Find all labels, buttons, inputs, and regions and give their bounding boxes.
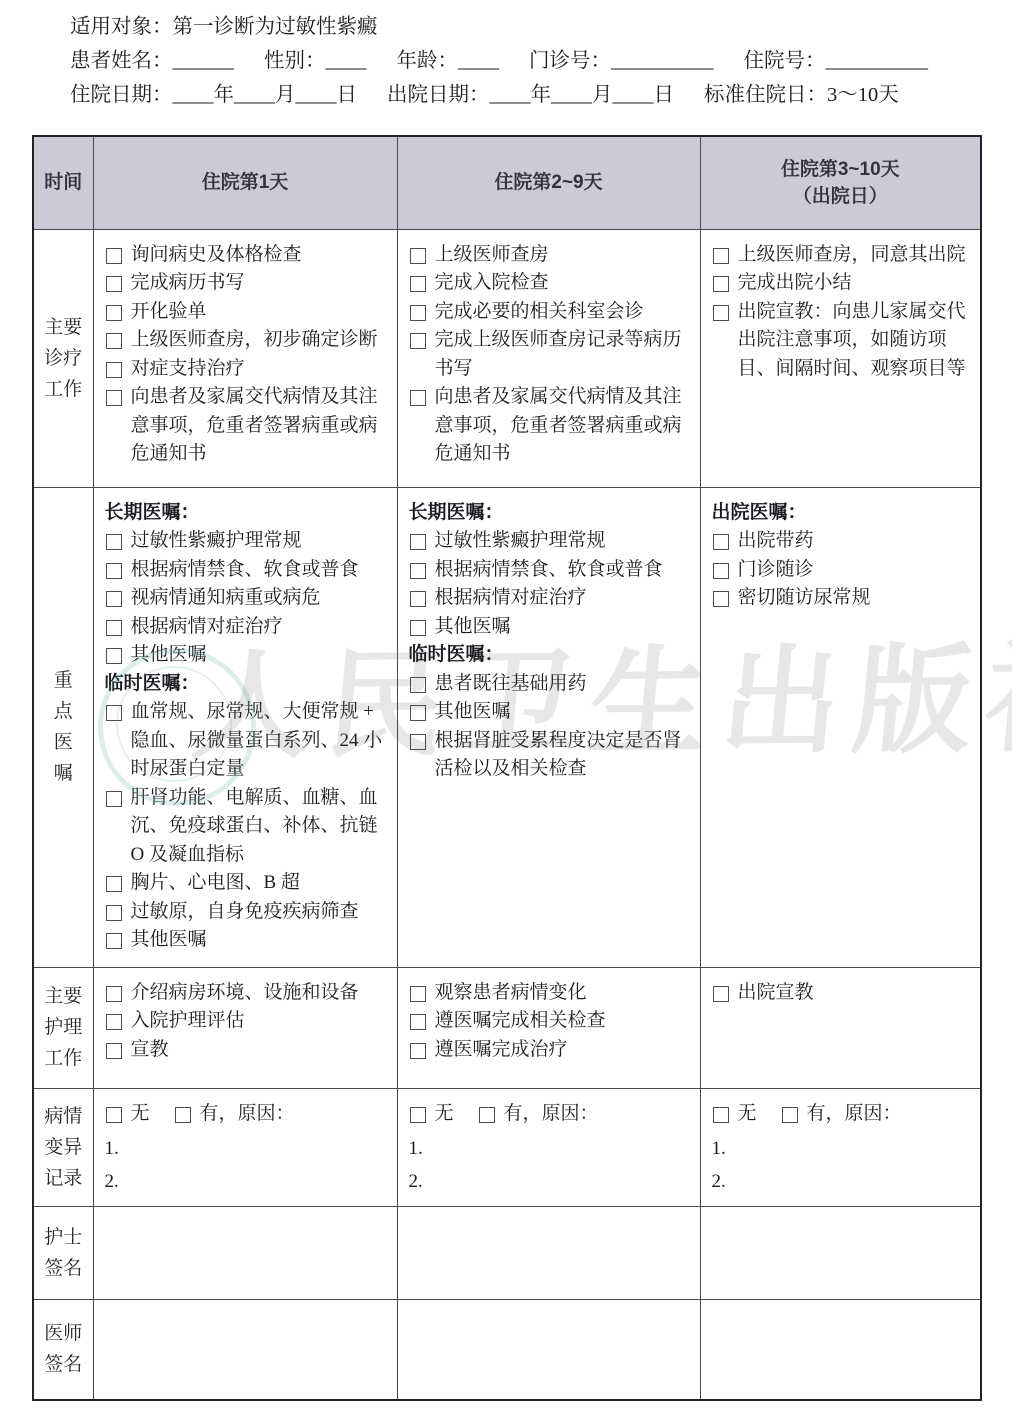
cell-doctor-sign-day1[interactable] (93, 1300, 397, 1400)
checkbox-icon[interactable] (106, 534, 122, 550)
checkbox-icon[interactable] (106, 905, 122, 921)
checklist-item-label: 询问病史及体格检查 (131, 241, 392, 270)
header-field: 出院日期：____年____月____日 (387, 84, 674, 106)
checklist-item-label: 出院宣教 (738, 979, 976, 1008)
label-line: 签名 (34, 1349, 93, 1380)
checkbox-icon[interactable] (106, 248, 122, 264)
checklist-item-label: 根据病情对症治疗 (435, 584, 695, 613)
text-line: 1. (712, 1132, 976, 1165)
checkbox-icon[interactable] (713, 1107, 729, 1123)
checklist-item-label: 出院带药 (738, 527, 976, 556)
cell-diagnosis-day2-9: 上级医师查房完成入院检查完成必要的相关科室会诊完成上级医师查房记录等病历书写向患… (397, 229, 700, 487)
checklist-item-label: 完成上级医师查房记录等病历书写 (435, 326, 695, 383)
header-field: 患者姓名：______ (70, 50, 234, 72)
checklist-item: 根据病情禁食、软食或普食 (105, 556, 392, 585)
checklist-item-label: 入院护理评估 (131, 1007, 392, 1036)
checkbox-icon[interactable] (106, 276, 122, 292)
table-row-nurse-signature: 护士签名 (33, 1207, 981, 1300)
checklist-item: 完成上级医师查房记录等病历书写 (409, 326, 695, 383)
checklist-item-label: 开化验单 (131, 298, 392, 327)
checklist-item: 过敏性紫癜护理常规 (105, 527, 392, 556)
checkbox-icon[interactable] (175, 1107, 191, 1123)
checklist-item: 出院宣教：向患儿家属交代出院注意事项，如随访项目、间隔时间、观察项目等 (712, 298, 976, 384)
checklist-item: 过敏原，自身免疫疾病筛查 (105, 898, 392, 927)
checkbox-icon[interactable] (106, 333, 122, 349)
checkbox-icon[interactable] (410, 563, 426, 579)
checklist-item-label: 门诊随诊 (738, 556, 976, 585)
label-line: 工作 (34, 1043, 93, 1074)
checklist-item: 有，原因： (781, 1100, 902, 1129)
label-line: 护理 (34, 1012, 93, 1043)
checklist-item-label: 胸片、心电图、B 超 (131, 869, 392, 898)
cell-variation-day1: 无有，原因：1.2. (93, 1088, 397, 1207)
checkbox-icon[interactable] (410, 248, 426, 264)
checklist-item: 门诊随诊 (712, 556, 976, 585)
checklist-item: 入院护理评估 (105, 1007, 392, 1036)
checklist-item: 视病情通知病重或病危 (105, 584, 392, 613)
checkbox-icon[interactable] (410, 1107, 426, 1123)
checklist-item-label: 观察患者病情变化 (435, 979, 695, 1008)
table-row-main-diagnosis-work: 主要诊疗工作 询问病史及体格检查完成病历书写开化验单上级医师查房，初步确定诊断对… (33, 229, 981, 487)
checkbox-icon[interactable] (713, 563, 729, 579)
checklist-item-label: 其他医嘱 (131, 641, 392, 670)
header-field: 门诊号：__________ (529, 50, 714, 72)
checklist-item: 肝肾功能、电解质、血糖、血沉、免疫球蛋白、补体、抗链 O 及凝血指标 (105, 784, 392, 870)
header-field: 年龄：____ (397, 50, 500, 72)
text-line: 2. (105, 1165, 392, 1198)
checklist-item-label: 其他医嘱 (131, 926, 392, 955)
checklist-item-label: 根据病情禁食、软食或普食 (131, 556, 392, 585)
checklist-item: 其他医嘱 (409, 698, 695, 727)
checkbox-icon[interactable] (106, 591, 122, 607)
checklist-item: 血常规、尿常规、大便常规 + 隐血、尿微量蛋白系列、24 小时尿蛋白定量 (105, 698, 392, 784)
checkbox-icon[interactable] (106, 933, 122, 949)
checkbox-icon[interactable] (410, 276, 426, 292)
cell-doctor-sign-day2-9[interactable] (397, 1300, 700, 1400)
text-line: 1. (409, 1132, 695, 1165)
checkbox-icon[interactable] (410, 986, 426, 1002)
checkbox-icon[interactable] (106, 305, 122, 321)
table-row-key-orders: 重点医嘱 长期医嘱：过敏性紫癜护理常规根据病情禁食、软食或普食视病情通知病重或病… (33, 487, 981, 967)
checkbox-icon[interactable] (410, 1043, 426, 1059)
checklist-item-label: 视病情通知病重或病危 (131, 584, 392, 613)
clinical-pathway-page: { "top": { "line1": "适用对象：第一诊断为过敏性紫癜", "… (0, 0, 1012, 1409)
checklist-item-label: 完成必要的相关科室会诊 (435, 298, 695, 327)
row-label-key-orders: 重点医嘱 (33, 487, 93, 967)
order-group-heading: 出院医嘱： (712, 499, 976, 528)
row-label-variation-record: 病情变异记录 (33, 1088, 93, 1207)
checklist-item-label: 遵医嘱完成相关检查 (435, 1007, 695, 1036)
checklist-item: 出院带药 (712, 527, 976, 556)
checkbox-icon[interactable] (410, 705, 426, 721)
label-line: 时间 (34, 169, 93, 196)
checklist-item: 介绍病房环境、设施和设备 (105, 979, 392, 1008)
cell-doctor-sign-day3-10[interactable] (700, 1300, 981, 1400)
checkbox-icon[interactable] (106, 986, 122, 1002)
checklist-item: 根据病情对症治疗 (409, 584, 695, 613)
header-cell-day2-9: 住院第2~9天 (397, 136, 700, 229)
label-line: 记录 (34, 1163, 93, 1194)
checklist-item-label: 根据肾脏受累程度决定是否肾活检以及相关检查 (435, 727, 695, 784)
checkbox-icon[interactable] (782, 1107, 798, 1123)
checkbox-icon[interactable] (106, 1043, 122, 1059)
checkbox-icon[interactable] (713, 276, 729, 292)
label-line: 主要 (34, 981, 93, 1012)
header-field: 标准住院日：3～10天 (704, 84, 899, 106)
applicable-target-line: 适用对象：第一诊断为过敏性紫癜 (70, 14, 982, 40)
row-label-doctor-signature: 医师签名 (33, 1300, 93, 1400)
label-line: 住院第3~10天 (701, 156, 981, 183)
checklist-item-label: 无 (131, 1100, 150, 1129)
checklist-item: 过敏性紫癜护理常规 (409, 527, 695, 556)
text-line: 1. (105, 1132, 392, 1165)
text-line: 2. (409, 1165, 695, 1198)
checkbox-icon[interactable] (713, 534, 729, 550)
table-row-variation-record: 病情变异记录 无有，原因：1.2. 无有，原因：1.2. 无有，原因：1.2. (33, 1088, 981, 1207)
label-line: 护士 (34, 1222, 93, 1253)
checklist-item: 宣教 (105, 1036, 392, 1065)
document-header: 适用对象：第一诊断为过敏性紫癜 患者姓名：______性别：____年龄：___… (0, 0, 1012, 108)
cell-diagnosis-day3-10: 上级医师查房，同意其出院完成出院小结出院宣教：向患儿家属交代出院注意事项，如随访… (700, 229, 981, 487)
row-label-main-diagnosis-work: 主要诊疗工作 (33, 229, 93, 487)
checklist-item-label: 过敏性紫癜护理常规 (435, 527, 695, 556)
label-line: 住院第2~9天 (398, 169, 700, 196)
checklist-item-label: 密切随访尿常规 (738, 584, 976, 613)
cell-diagnosis-day1: 询问病史及体格检查完成病历书写开化验单上级医师查房，初步确定诊断对症支持治疗向患… (93, 229, 397, 487)
checklist-item-label: 有，原因： (807, 1100, 902, 1129)
checkbox-icon[interactable] (106, 791, 122, 807)
cell-nurse-sign-day2-9[interactable] (397, 1207, 700, 1300)
label-line: 重 (34, 665, 93, 696)
checkbox-icon[interactable] (106, 362, 122, 378)
table-row-main-nursing-work: 主要护理工作 介绍病房环境、设施和设备入院护理评估宣教 观察患者病情变化遵医嘱完… (33, 967, 981, 1088)
checklist-item-label: 完成病历书写 (131, 269, 392, 298)
checklist-item: 其他医嘱 (409, 613, 695, 642)
checklist-item-label: 根据病情禁食、软食或普食 (435, 556, 695, 585)
checklist-item-label: 无 (738, 1100, 757, 1129)
checklist-item: 询问病史及体格检查 (105, 241, 392, 270)
checklist-item-label: 对症支持治疗 (131, 355, 392, 384)
checklist-item: 遵医嘱完成相关检查 (409, 1007, 695, 1036)
label-line: 变异 (34, 1132, 93, 1163)
checklist-item-label: 患者既往基础用药 (435, 670, 695, 699)
checklist-item: 其他医嘱 (105, 641, 392, 670)
header-field: 住院日期：____年____月____日 (70, 84, 357, 106)
checklist-item: 其他医嘱 (105, 926, 392, 955)
checklist-item-label: 出院宣教：向患儿家属交代出院注意事项，如随访项目、间隔时间、观察项目等 (738, 298, 976, 384)
checklist-item: 根据病情禁食、软食或普食 (409, 556, 695, 585)
checkbox-icon[interactable] (106, 563, 122, 579)
checklist-item: 上级医师查房，初步确定诊断 (105, 326, 392, 355)
label-line: 点 (34, 696, 93, 727)
row-label-nurse-signature: 护士签名 (33, 1207, 93, 1300)
checkbox-icon[interactable] (713, 248, 729, 264)
header-cell-time: 时间 (33, 136, 93, 229)
checklist-item: 完成出院小结 (712, 269, 976, 298)
checkbox-icon[interactable] (713, 591, 729, 607)
cell-nursing-day2-9: 观察患者病情变化遵医嘱完成相关检查遵医嘱完成治疗 (397, 967, 700, 1088)
checklist-item-label: 血常规、尿常规、大便常规 + 隐血、尿微量蛋白系列、24 小时尿蛋白定量 (131, 698, 392, 784)
cell-orders-day1: 长期医嘱：过敏性紫癜护理常规根据病情禁食、软食或普食视病情通知病重或病危根据病情… (93, 487, 397, 967)
cell-nurse-sign-day3-10[interactable] (700, 1207, 981, 1300)
checklist-item: 遵医嘱完成治疗 (409, 1036, 695, 1065)
checkbox-icon[interactable] (106, 876, 122, 892)
checklist-item-label: 无 (435, 1100, 454, 1129)
checkbox-icon[interactable] (106, 390, 122, 406)
checklist-item: 有，原因： (174, 1100, 295, 1129)
checklist-item: 根据肾脏受累程度决定是否肾活检以及相关检查 (409, 727, 695, 784)
order-group-heading: 临时医嘱： (409, 641, 695, 670)
header-cell-day1: 住院第1天 (93, 136, 397, 229)
row-label-main-nursing-work: 主要护理工作 (33, 967, 93, 1088)
cell-nurse-sign-day1[interactable] (93, 1207, 397, 1300)
checklist-item-label: 过敏原，自身免疫疾病筛查 (131, 898, 392, 927)
checkbox-icon[interactable] (410, 734, 426, 750)
checklist-item: 无 (409, 1100, 454, 1129)
checklist-item-label: 上级医师查房 (435, 241, 695, 270)
checklist-item: 根据病情对症治疗 (105, 613, 392, 642)
checkbox-icon[interactable] (410, 677, 426, 693)
order-group-heading: 临时医嘱： (105, 670, 392, 699)
cell-variation-day3-10: 无有，原因：1.2. (700, 1088, 981, 1207)
cell-nursing-day3-10: 出院宣教 (700, 967, 981, 1088)
checkbox-icon[interactable] (410, 333, 426, 349)
cell-variation-day2-9: 无有，原因：1.2. (397, 1088, 700, 1207)
checklist-item-label: 其他医嘱 (435, 613, 695, 642)
label-line: 医师 (34, 1318, 93, 1349)
order-group-heading: 长期医嘱： (105, 499, 392, 528)
label-line: 嘱 (34, 758, 93, 789)
checklist-item: 密切随访尿常规 (712, 584, 976, 613)
text-line: 2. (712, 1165, 976, 1198)
header-field: 住院号：__________ (744, 50, 929, 72)
label-line: 住院第1天 (94, 169, 397, 196)
checkbox-icon[interactable] (410, 1014, 426, 1030)
checklist-item-label: 有，原因： (504, 1100, 599, 1129)
checklist-item: 对症支持治疗 (105, 355, 392, 384)
checklist-item-label: 过敏性紫癜护理常规 (131, 527, 392, 556)
checklist-item: 完成入院检查 (409, 269, 695, 298)
checklist-item: 无 (712, 1100, 757, 1129)
checklist-item-label: 向患者及家属交代病情及其注意事项，危重者签署病重或病危通知书 (131, 383, 392, 469)
label-line: 工作 (34, 374, 93, 405)
label-line: 医 (34, 727, 93, 758)
checkbox-icon[interactable] (410, 534, 426, 550)
table-row-doctor-signature: 医师签名 (33, 1300, 981, 1400)
checkbox-icon[interactable] (713, 986, 729, 1002)
checkbox-icon[interactable] (106, 620, 122, 636)
checklist-item: 上级医师查房，同意其出院 (712, 241, 976, 270)
checkbox-icon[interactable] (106, 648, 122, 664)
patient-info-line: 患者姓名：______性别：____年龄：____门诊号：__________住… (70, 48, 982, 74)
checklist-item-label: 上级医师查房，同意其出院 (738, 241, 976, 270)
checklist-item-label: 肝肾功能、电解质、血糖、血沉、免疫球蛋白、补体、抗链 O 及凝血指标 (131, 784, 392, 870)
checklist-item: 向患者及家属交代病情及其注意事项，危重者签署病重或病危通知书 (409, 383, 695, 469)
checkbox-icon[interactable] (106, 705, 122, 721)
table-header-row: 时间 住院第1天 住院第2~9天 住院第3~10天（出院日） (33, 136, 981, 229)
checklist-item-label: 宣教 (131, 1036, 392, 1065)
checkbox-icon[interactable] (410, 305, 426, 321)
cell-orders-day2-9: 长期医嘱：过敏性紫癜护理常规根据病情禁食、软食或普食根据病情对症治疗其他医嘱临时… (397, 487, 700, 967)
checklist-item-label: 完成入院检查 (435, 269, 695, 298)
checkbox-icon[interactable] (106, 1107, 122, 1123)
checklist-item: 完成必要的相关科室会诊 (409, 298, 695, 327)
checkbox-icon[interactable] (410, 620, 426, 636)
checklist-item: 完成病历书写 (105, 269, 392, 298)
admission-date-line: 住院日期：____年____月____日出院日期：____年____月____日… (70, 82, 982, 108)
checklist-item: 有，原因： (478, 1100, 599, 1129)
label-line: 主要 (34, 312, 93, 343)
checklist-item-label: 遵医嘱完成治疗 (435, 1036, 695, 1065)
checkbox-icon[interactable] (713, 305, 729, 321)
checklist-item: 开化验单 (105, 298, 392, 327)
clinical-pathway-table: 时间 住院第1天 住院第2~9天 住院第3~10天（出院日） 主要诊疗工作 询问… (32, 135, 982, 1401)
checklist-item-label: 介绍病房环境、设施和设备 (131, 979, 392, 1008)
order-group-heading: 长期医嘱： (409, 499, 695, 528)
checklist-item-label: 其他医嘱 (435, 698, 695, 727)
cell-nursing-day1: 介绍病房环境、设施和设备入院护理评估宣教 (93, 967, 397, 1088)
checklist-item-label: 上级医师查房，初步确定诊断 (131, 326, 392, 355)
checklist-item: 胸片、心电图、B 超 (105, 869, 392, 898)
checklist-item: 患者既往基础用药 (409, 670, 695, 699)
checkbox-icon[interactable] (106, 1014, 122, 1030)
checklist-item-label: 有，原因： (200, 1100, 295, 1129)
label-line: 诊疗 (34, 343, 93, 374)
checklist-item-label: 根据病情对症治疗 (131, 613, 392, 642)
label-line: 病情 (34, 1101, 93, 1132)
label-line: （出院日） (701, 183, 981, 210)
checkbox-icon[interactable] (479, 1107, 495, 1123)
checklist-item: 出院宣教 (712, 979, 976, 1008)
checklist-item: 上级医师查房 (409, 241, 695, 270)
label-line: 签名 (34, 1253, 93, 1284)
header-cell-day3-10: 住院第3~10天（出院日） (700, 136, 981, 229)
checklist-item: 向患者及家属交代病情及其注意事项，危重者签署病重或病危通知书 (105, 383, 392, 469)
checklist-item: 观察患者病情变化 (409, 979, 695, 1008)
header-field: 性别：____ (264, 50, 367, 72)
checklist-item-label: 完成出院小结 (738, 269, 976, 298)
checklist-item: 无 (105, 1100, 150, 1129)
checklist-item-label: 向患者及家属交代病情及其注意事项，危重者签署病重或病危通知书 (435, 383, 695, 469)
checkbox-icon[interactable] (410, 390, 426, 406)
checkbox-icon[interactable] (410, 591, 426, 607)
cell-orders-day3-10: 出院医嘱：出院带药门诊随诊密切随访尿常规 (700, 487, 981, 967)
